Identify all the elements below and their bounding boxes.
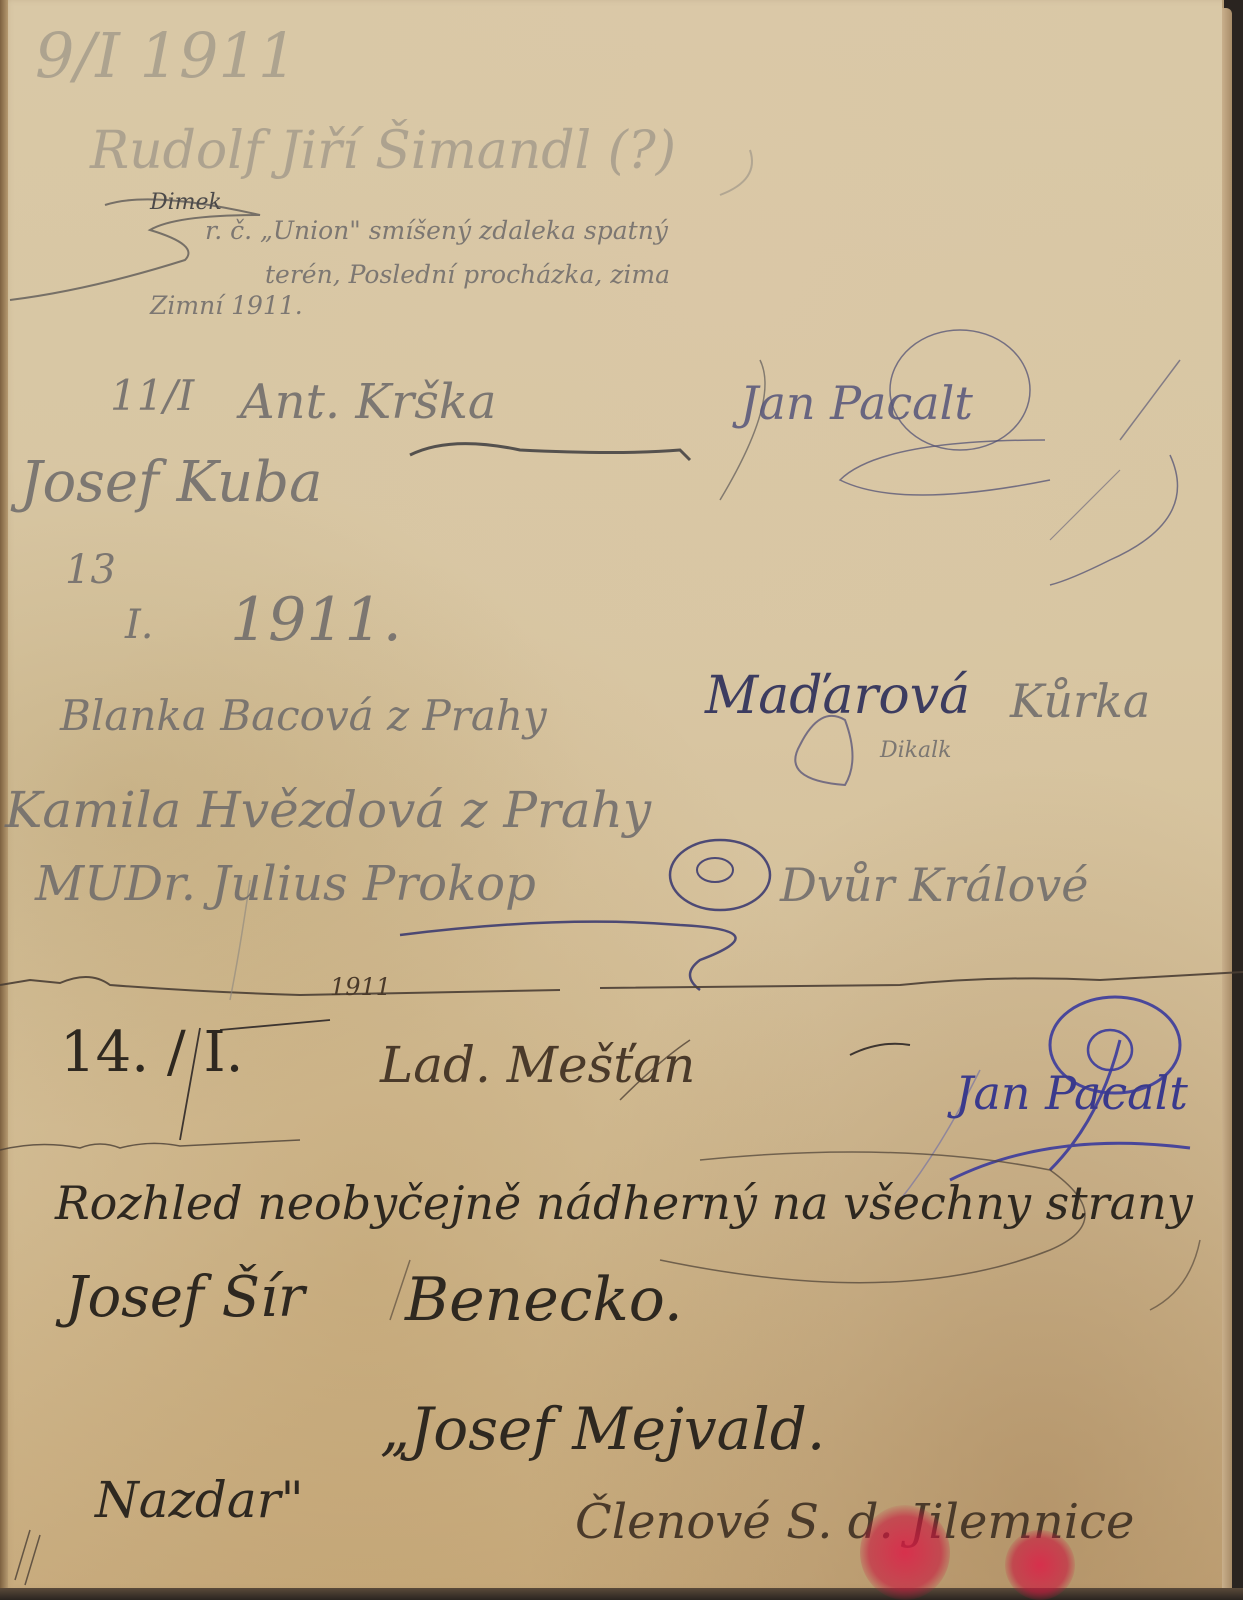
signature-madarova: Maďarová xyxy=(705,670,970,722)
signature-dikalk: Dikalk xyxy=(880,740,952,762)
signature-kurka: Kůrka xyxy=(1010,678,1150,724)
red-stain xyxy=(860,1505,950,1600)
entry-date-faint: 9/I 1911 xyxy=(35,25,297,87)
entry-date-year: 1911. xyxy=(230,590,402,650)
entry-author-label: Dimek xyxy=(150,192,222,214)
signature-bacova: Blanka Bacová z Prahy xyxy=(60,695,547,737)
signature-dvur-kralove: Dvůr Králové xyxy=(780,862,1089,908)
signature-sir: Josef Šír xyxy=(65,1270,305,1326)
greeting-nazdar: Nazdar" xyxy=(95,1475,304,1525)
entry-remark-view: Rozhled neobyčejně nádherný na všechny s… xyxy=(55,1180,1193,1226)
signature-lad: Lad. Mešťan xyxy=(380,1040,695,1090)
signature-prokop: MUDr. Julius Prokop xyxy=(35,860,536,908)
entry-date: 11/I xyxy=(110,375,194,417)
entry-remark-line-1: r. č. „Union" smíšený zdaleka spatný xyxy=(205,218,668,243)
entry-date: 14. / I. xyxy=(60,1025,243,1081)
entry-remark-line-3: Zimní 1911. xyxy=(150,293,303,318)
entry-year-note: 1911 xyxy=(330,975,391,999)
red-stain xyxy=(1005,1530,1075,1600)
signature-pacalt-pencil: Jan Pacalt xyxy=(740,380,973,426)
page-edge xyxy=(1222,8,1232,1598)
signature-hvezdova: Kamila Hvězdová z Prahy xyxy=(5,785,651,835)
signature-pacalt-ink: Jan Pacalt xyxy=(955,1070,1188,1116)
signature-kuba: Josef Kuba xyxy=(20,455,322,511)
entry-date-month: I. xyxy=(125,605,154,645)
signature-mejvald: „Josef Mejvald. xyxy=(380,1400,825,1458)
signature-krska: Ant. Krška xyxy=(240,378,497,426)
place-benecko: Benecko. xyxy=(405,1270,683,1330)
entry-remark-line-2: terén, Poslední procházka, zima xyxy=(265,262,670,287)
entry-date-day: 13 xyxy=(65,550,116,590)
entry-faint-signature: Rudolf Jiří Šimandl (?) xyxy=(90,125,676,177)
